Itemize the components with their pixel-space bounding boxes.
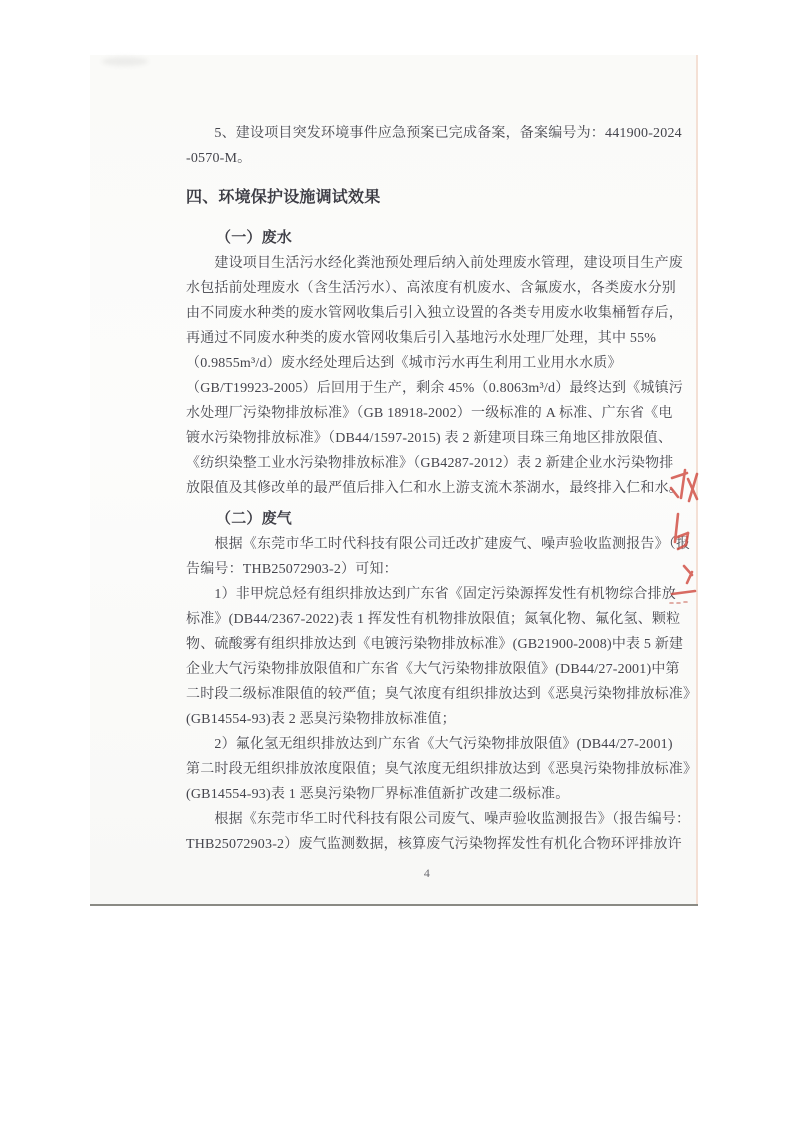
text-line: 告编号：THB25072903-2）可知：	[186, 557, 668, 582]
page-number: 4	[186, 861, 668, 886]
scan-smudge	[102, 57, 148, 66]
paragraph-waste-gas: 根据《东莞市华工时代科技有限公司迁改扩建废气、噪声验收监测报告》（报 告编号：T…	[186, 532, 668, 857]
document-body: 5、建设项目突发环境事件应急预案已完成备案，备案编号为：441900-2024 …	[186, 113, 668, 886]
text-line: 2）氟化氢无组织排放达到广东省《大气污染物排放限值》(DB44/27-2001)	[186, 732, 668, 757]
text-line: 建设项目生活污水经化粪池预处理后纳入前处理废水管理，建设项目生产废	[186, 251, 668, 276]
scanned-document-page: { "document": { "ink_color": "#45454d", …	[0, 0, 794, 1123]
text-line: 根据《东莞市华工时代科技有限公司迁改扩建废气、噪声验收监测报告》（报	[186, 532, 668, 557]
text-line: THB25072903-2）废气监测数据，核算废气污染物挥发性有机化合物环评排放…	[186, 832, 668, 857]
text-line: （0.9855m³/d）废水经处理后达到《城市污水再生利用工业用水水质》	[186, 351, 668, 376]
text-line: 1）非甲烷总烃有组织排放达到广东省《固定污染源挥发性有机物综合排放	[186, 582, 668, 607]
subsection-title-waste-gas: （二）废气	[186, 507, 668, 532]
text-line: (GB14554-93)表 2 恶臭污染物排放标准值；	[186, 707, 668, 732]
text-line: 水包括前处理废水（含生活污水）、高浓度有机废水、含氟废水，各类废水分别	[186, 276, 668, 301]
text-line: 水处理厂污染物排放标准》（GB 18918-2002）一级标准的 A 标准、广东…	[186, 401, 668, 426]
handwritten-red-margin-note	[658, 462, 706, 612]
paragraph-emergency-plan: 5、建设项目突发环境事件应急预案已完成备案，备案编号为：441900-2024 …	[186, 121, 668, 171]
text-line: 5、建设项目突发环境事件应急预案已完成备案，备案编号为：441900-2024	[186, 121, 668, 146]
scanned-paper-sheet: 5、建设项目突发环境事件应急预案已完成备案，备案编号为：441900-2024 …	[90, 55, 698, 906]
text-line: 标准》(DB44/2367-2022)表 1 挥发性有机物排放限值；氮氧化物、氟…	[186, 607, 668, 632]
text-line: 《纺织染整工业水污染物排放标准》（GB4287-2012）表 2 新建企业水污染…	[186, 451, 668, 476]
text-line: 再通过不同废水种类的废水管网收集后引入基地污水处理厂处理，其中 55%	[186, 326, 668, 351]
text-line: 由不同废水种类的废水管网收集后引入独立设置的各类专用废水收集桶暂存后，	[186, 301, 668, 326]
text-line: 二时段二级标准限值的较严值；臭气浓度有组织排放达到《恶臭污染物排放标准》	[186, 682, 668, 707]
text-line: 第二时段无组织排放浓度限值；臭气浓度无组织排放达到《恶臭污染物排放标准》	[186, 757, 668, 782]
text-line: 物、硫酸雾有组织排放达到《电镀污染物排放标准》(GB21900-2008)中表 …	[186, 632, 668, 657]
text-line: 放限值及其修改单的最严值后排入仁和水上游支流木茶湖水，最终排入仁和水。	[186, 476, 668, 501]
text-line: 企业大气污染物排放限值和广东省《大气污染物排放限值》(DB44/27-2001)…	[186, 657, 668, 682]
text-line: 根据《东莞市华工时代科技有限公司废气、噪声验收监测报告》（报告编号：	[186, 807, 668, 832]
text-line: 镀水污染物排放标准》（DB44/1597-2015) 表 2 新建项目珠三角地区…	[186, 426, 668, 451]
text-line: -0570-M。	[186, 146, 668, 171]
text-line: （GB/T19923-2005）后回用于生产，剩余 45%（0.8063m³/d…	[186, 376, 668, 401]
text-line: (GB14554-93)表 1 恶臭污染物厂界标准值新扩改建二级标准。	[186, 782, 668, 807]
section-heading: 四、环境保护设施调试效果	[186, 185, 668, 210]
subsection-title-wastewater: （一）废水	[186, 226, 668, 251]
paragraph-wastewater: 建设项目生活污水经化粪池预处理后纳入前处理废水管理，建设项目生产废 水包括前处理…	[186, 251, 668, 501]
